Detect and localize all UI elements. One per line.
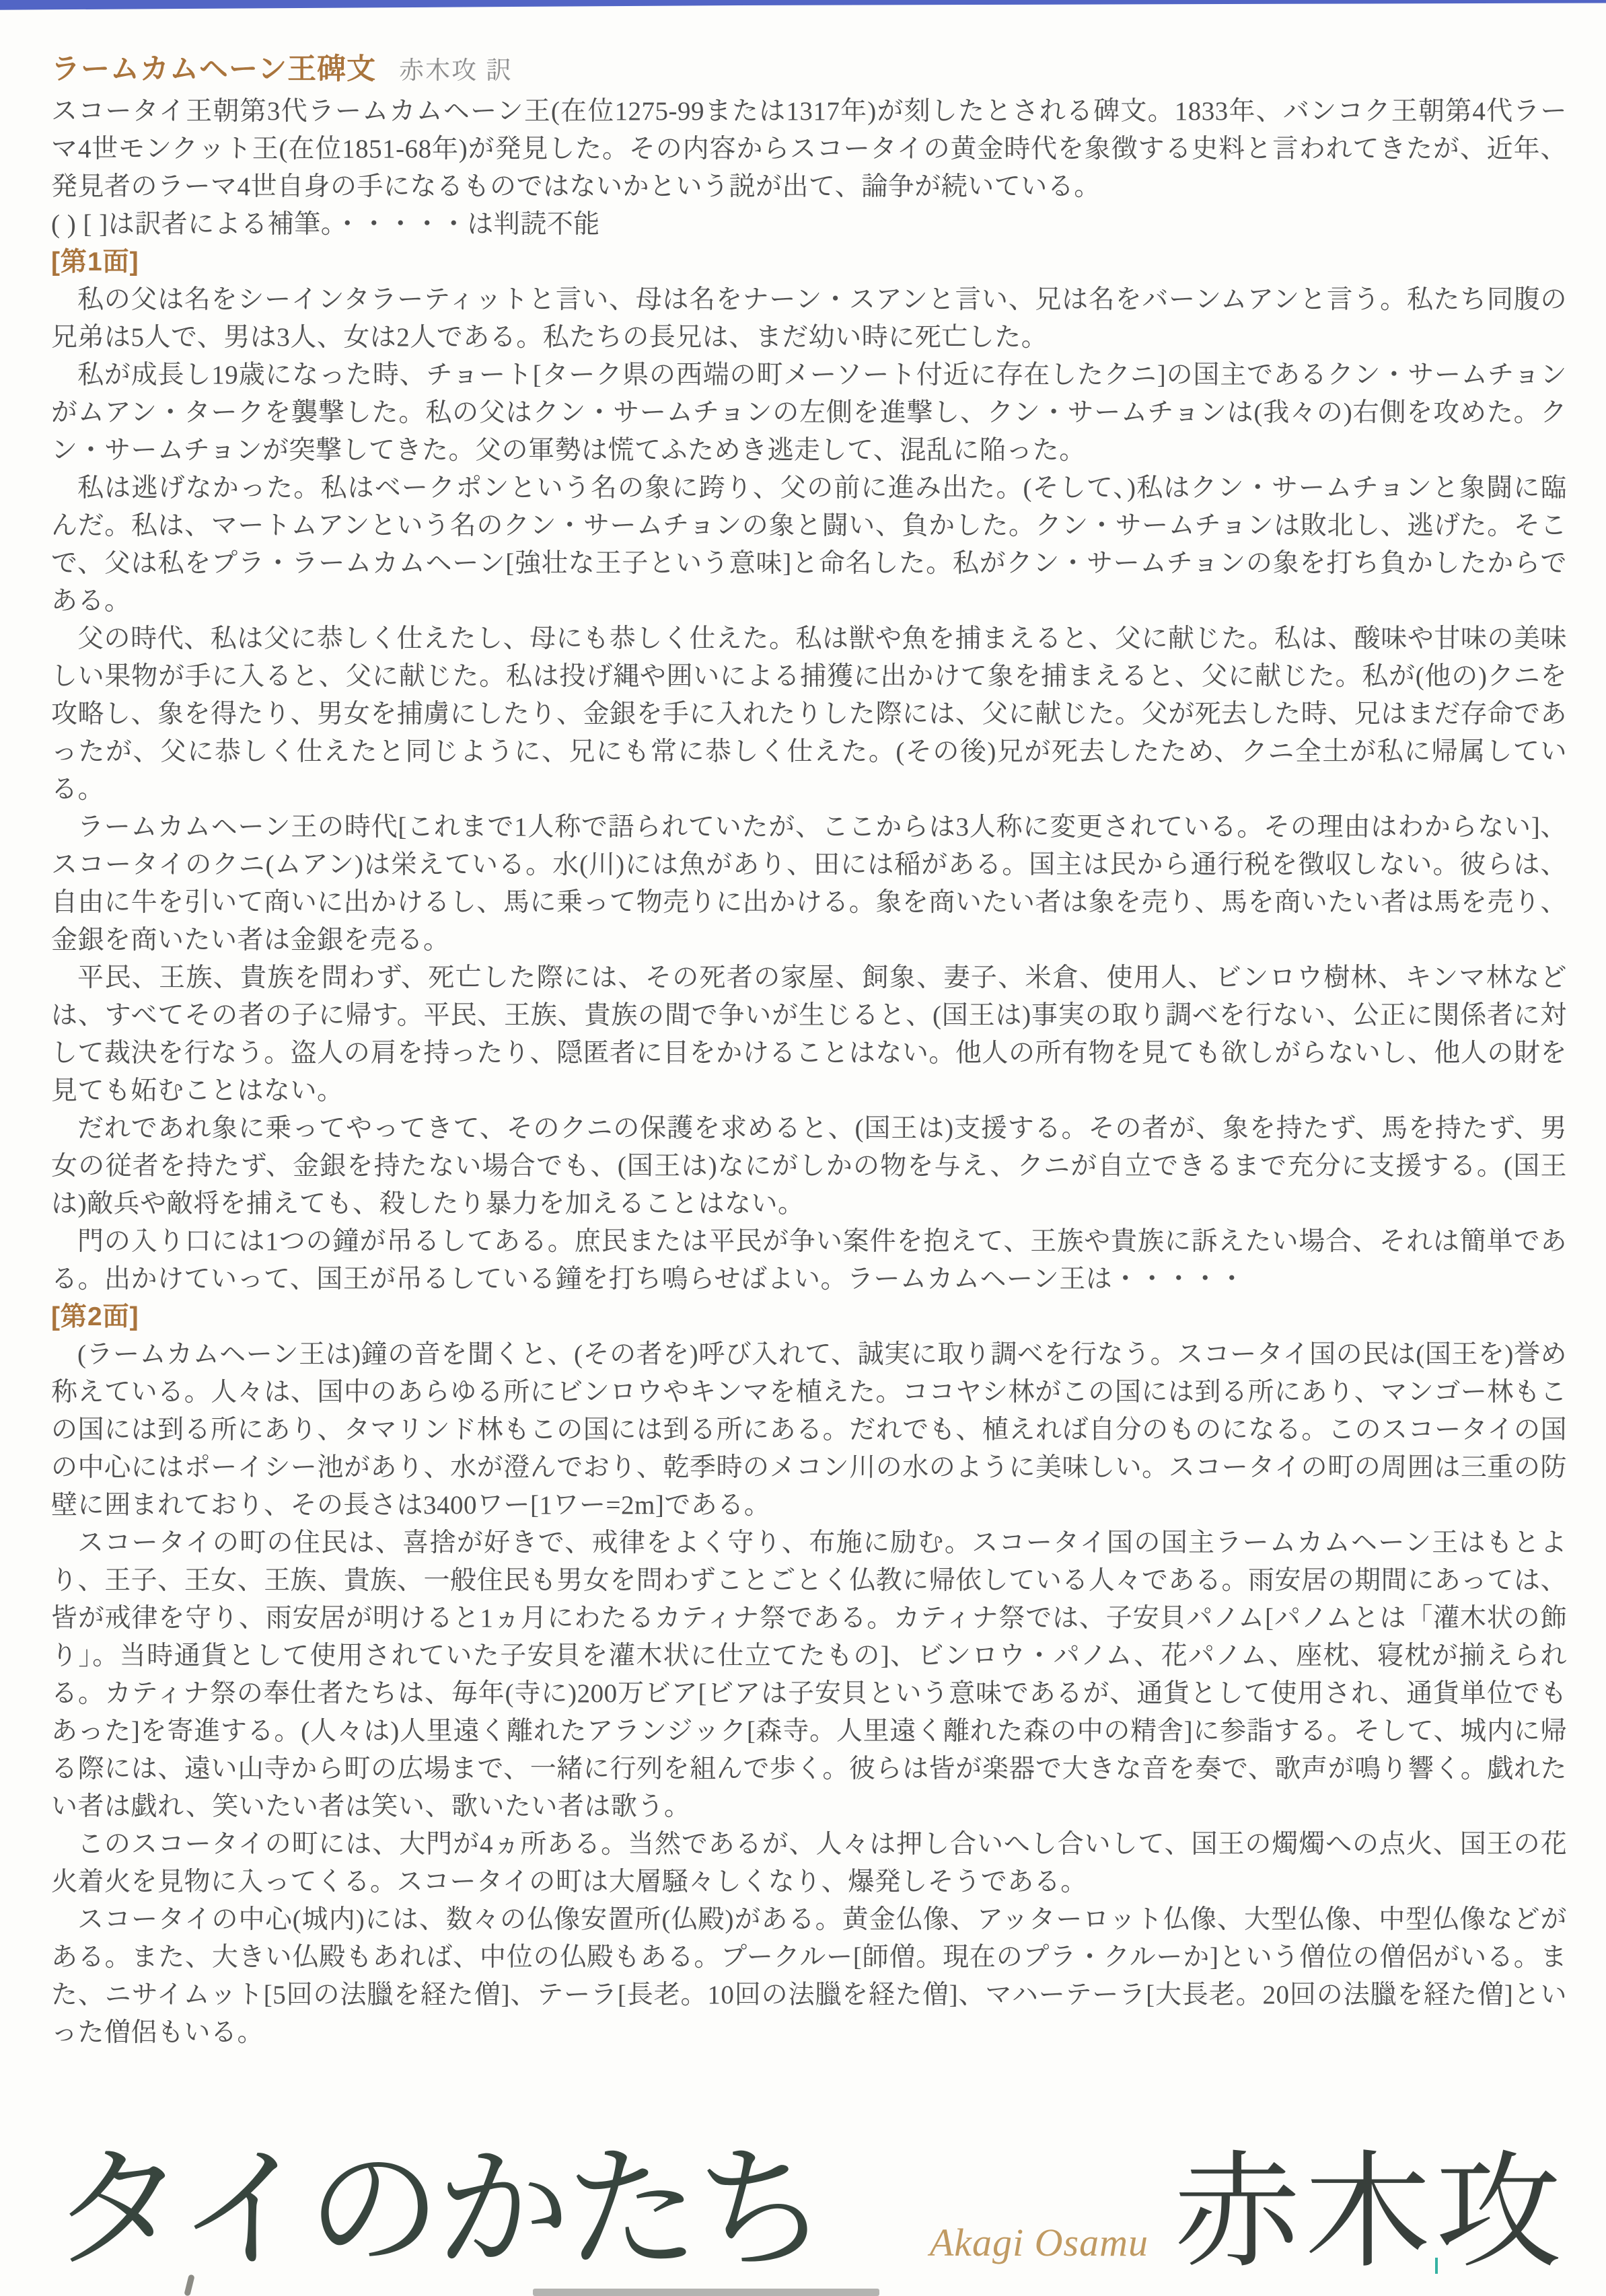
body-paragraph: 私が成長し19歳になった時、チョート[ターク県の西端の町メーソート付近に存在した… <box>51 357 1567 470</box>
body-paragraph: スコータイの町の住民は、喜捨が好きで、戒律をよく守り、布施に励む。スコータイ国の… <box>51 1524 1567 1826</box>
body-paragraph: 私の父は名をシーインタラーティットと言い、母は名をナーン・スアンと言い、兄は名を… <box>51 281 1567 357</box>
body-paragraph: 私は逃げなかった。私はベークポンという名の象に跨り、父の前に進み出た。(そして、… <box>51 470 1567 620</box>
scan-tick-artifact <box>1435 2258 1438 2274</box>
document-title: ラームカムヘーン王碑文 <box>51 52 376 86</box>
book-title: タイのかたち <box>51 2144 824 2279</box>
body-paragraph: (ラームカムヘーン王は)鐘の音を聞くと、(その者を)呼び入れて、誠実に取り調べを… <box>51 1336 1567 1524</box>
author-name-romaji: Akagi Osamu <box>930 2220 1148 2265</box>
section-1-heading: [第1面] <box>51 244 1567 281</box>
document-header: ラームカムヘーン王碑文 赤木攻 訳 <box>51 50 1567 86</box>
section-2-heading: [第2面] <box>51 1298 1567 1336</box>
translator-note: ( ) [ ]は訳者による補筆。・・・・・は判読不能 <box>51 206 1567 244</box>
document-body: ラームカムヘーン王碑文 赤木攻 訳 スコータイ王朝第3代ラームカムヘーン王(在位… <box>0 0 1606 2052</box>
translator-credit: 赤木攻 訳 <box>399 50 512 86</box>
scan-smudge-artifact <box>533 2289 879 2296</box>
body-paragraph: 父の時代、私は父に恭しく仕えたし、母にも恭しく仕えた。私は獣や魚を捕まえると、父… <box>51 620 1567 809</box>
book-footer: タイのかたち Akagi Osamu 赤木攻 <box>51 2144 1566 2279</box>
intro-paragraph: スコータイ王朝第3代ラームカムヘーン王(在位1275-99または1317年)が刻… <box>51 93 1567 206</box>
document-page: ラームカムヘーン王碑文 赤木攻 訳 スコータイ王朝第3代ラームカムヘーン王(在位… <box>0 0 1606 2296</box>
body-paragraph: 平民、王族、貴族を問わず、死亡した際には、その死者の家屋、飼象、妻子、米倉、使用… <box>51 959 1567 1110</box>
body-paragraph: ラームカムヘーン王の時代[これまで1人称で語られていたが、ここからは3人称に変更… <box>51 809 1567 959</box>
author-name-kanji: 赤木攻 <box>1174 2150 1566 2276</box>
body-paragraph: このスコータイの町には、大門が4ヵ所ある。当然であるが、人々は押し合いへし合いし… <box>51 1826 1567 1901</box>
body-paragraph: 門の入り口には1つの鐘が吊るしてある。庶民または平民が争い案件を抱えて、王族や貴… <box>51 1223 1567 1298</box>
body-paragraph: だれであれ象に乗ってやってきて、そのクニの保護を求めると、(国王は)支援する。そ… <box>51 1110 1567 1223</box>
body-paragraph: スコータイの中心(城内)には、数々の仏像安置所(仏殿)がある。黄金仏像、アッター… <box>51 1901 1567 2052</box>
